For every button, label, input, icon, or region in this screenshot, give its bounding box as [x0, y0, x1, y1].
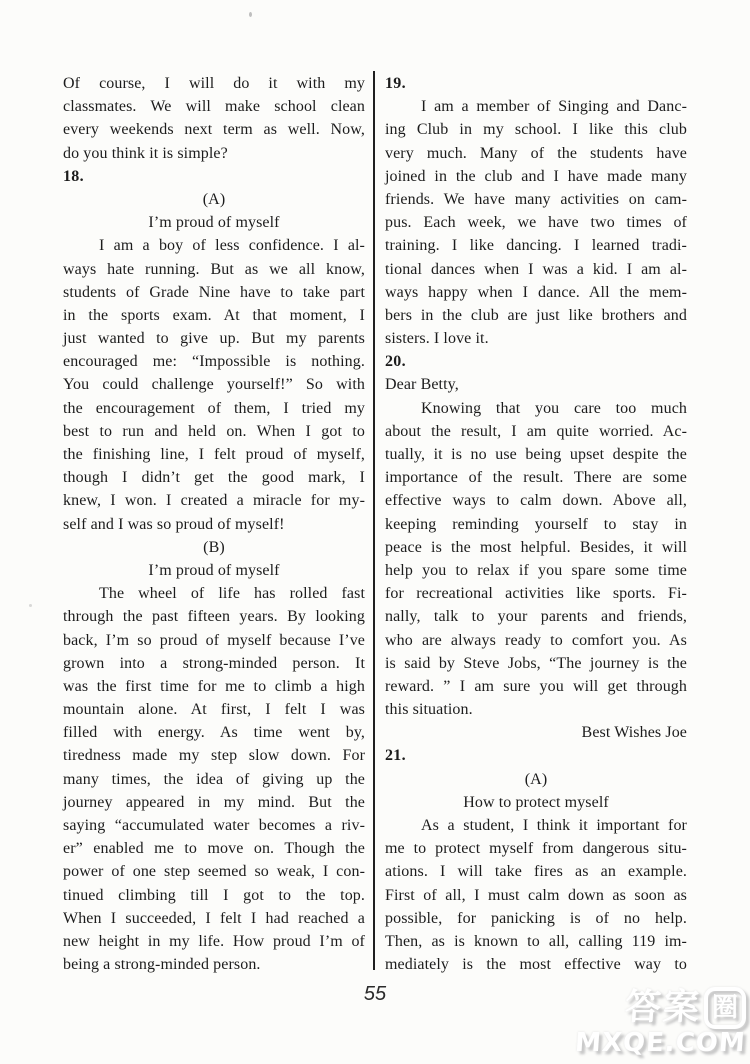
text-line: When I succeeded, I felt I had reached a [63, 907, 365, 930]
text-line: classmates. We will make school clean [63, 95, 365, 118]
text-line: The wheel of life has rolled fast [63, 582, 365, 605]
text-line: tinued climbing till I got to the top. [63, 884, 365, 907]
watermark-brand: 答案 [624, 990, 703, 1026]
text-line: students of Grade Nine have to take part [63, 281, 365, 304]
text-line: mediately is the most effective way to [385, 953, 687, 976]
text-line: Then, as is known to all, calling 119 im… [385, 930, 687, 953]
text-line: best to run and held on. When I got to [63, 420, 365, 443]
text-line: self and I was so proud of myself! [63, 513, 365, 536]
text-line: possible, for panicking is of no help. [385, 907, 687, 930]
text-line: How to protect myself [385, 791, 687, 814]
text-line: tional dances when I was a kid. I am al- [385, 258, 687, 281]
text-line: about the result, I am quite worried. Ac… [385, 420, 687, 443]
text-line: peace is the most helpful. Besides, it w… [385, 536, 687, 559]
scan-speck [249, 12, 252, 17]
text-line: just wanted to give up. But my parents [63, 327, 365, 350]
text-line: ways happy when I dance. All the mem- [385, 281, 687, 304]
text-line: every weekends next term as well. Now, [63, 118, 365, 141]
text-line: nally, talk to your parents and friends, [385, 605, 687, 628]
text-line: ations. I will take fires as an example. [385, 860, 687, 883]
text-line: filled with energy. As time went by, [63, 721, 365, 744]
text-line: new height in my life. How proud I’m of [63, 930, 365, 953]
text-line: in the sports exam. At that moment, I [63, 304, 365, 327]
text-line: effective ways to calm down. Above all, [385, 489, 687, 512]
text-line: ing Club in my school. I like this club [385, 118, 687, 141]
text-line: reward. ” I am sure you will get through [385, 675, 687, 698]
text-line: is said by Steve Jobs, “The journey is t… [385, 652, 687, 675]
text-line: very much. Many of the students have [385, 142, 687, 165]
text-line: I’m proud of myself [63, 559, 365, 582]
text-line: As a student, I think it important for [385, 814, 687, 837]
text-line: encouraged me: “Impossible is nothing. [63, 350, 365, 373]
text-line: the finishing line, I felt proud of myse… [63, 443, 365, 466]
text-line: (A) [63, 188, 365, 211]
text-line: Of course, I will do it with my [63, 72, 365, 95]
text-line: Best Wishes Joe [385, 721, 687, 744]
text-line: ways hate running. But as we all know, [63, 258, 365, 281]
text-line: 18. [63, 165, 365, 188]
text-line: 21. [385, 744, 687, 767]
text-line: tually, it is no use being upset despite… [385, 443, 687, 466]
column-divider [373, 71, 375, 970]
text-line: for recreational activities like sports.… [385, 582, 687, 605]
text-line: training. I like dancing. I learned trad… [385, 234, 687, 257]
text-line: tiredness made my step slow down. For [63, 744, 365, 767]
watermark-site: MXQE.COM [574, 1030, 747, 1056]
text-line: You could challenge yourself!” So with [63, 373, 365, 396]
text-line: though I didn’t get the good mark, I [63, 466, 365, 489]
text-line: importance of the result. There are some [385, 466, 687, 489]
scan-speck [29, 604, 32, 607]
text-line: 20. [385, 350, 687, 373]
text-line: friends. We have many activities on cam- [385, 188, 687, 211]
text-line: knew, I won. I created a miracle for my- [63, 489, 365, 512]
text-line: (B) [63, 536, 365, 559]
text-line: Dear Betty, [385, 373, 687, 396]
text-line: many times, the idea of giving up the [63, 768, 365, 791]
book-page: Of course, I will do it with myclassmate… [0, 0, 750, 1064]
text-line: First of all, I must calm down as soon a… [385, 884, 687, 907]
text-line: who are always ready to comfort you. As [385, 629, 687, 652]
text-line: back, I’m so proud of myself because I’v… [63, 629, 365, 652]
text-line: me to protect myself from dangerous situ… [385, 837, 687, 860]
text-line: do you think it is simple? [63, 142, 365, 165]
watermark-badge-icon: 圈 [704, 987, 746, 1029]
text-line: being a strong-minded person. [63, 953, 365, 976]
text-line: grown into a strong-minded person. It [63, 652, 365, 675]
text-line: keeping reminding yourself to stay in [385, 513, 687, 536]
text-line: power of one step seemed so weak, I con- [63, 860, 365, 883]
text-line: 19. [385, 72, 687, 95]
text-line: I am a member of Singing and Danc- [385, 95, 687, 118]
text-line: through the past fifteen years. By looki… [63, 605, 365, 628]
text-line: bers in the club are just like brothers … [385, 304, 687, 327]
text-line: (A) [385, 768, 687, 791]
text-line: er” enabled me to move on. Though the [63, 837, 365, 860]
text-line: I’m proud of myself [63, 211, 365, 234]
text-line: pus. Each week, we have two times of [385, 211, 687, 234]
left-column: Of course, I will do it with myclassmate… [63, 72, 365, 976]
text-line: the encouragement of them, I tried my [63, 397, 365, 420]
right-column: 19.I am a member of Singing and Danc-ing… [385, 72, 687, 976]
text-line: I am a boy of less confidence. I al- [63, 234, 365, 257]
text-line: joined in the club and I have made many [385, 165, 687, 188]
text-line: this situation. [385, 698, 687, 721]
text-line: sisters. I love it. [385, 327, 687, 350]
text-line: help you to relax if you spare some time [385, 559, 687, 582]
text-line: journey appeared in my mind. But the [63, 791, 365, 814]
text-line: saying “accumulated water becomes a riv- [63, 814, 365, 837]
watermark-logo: 答案 圈 [575, 988, 746, 1028]
text-line: was the first time for me to climb a hig… [63, 675, 365, 698]
text-line: mountain alone. At first, I felt I was [63, 698, 365, 721]
text-line: Knowing that you care too much [385, 397, 687, 420]
watermark: 答案 圈 MXQE.COM [575, 988, 746, 1056]
